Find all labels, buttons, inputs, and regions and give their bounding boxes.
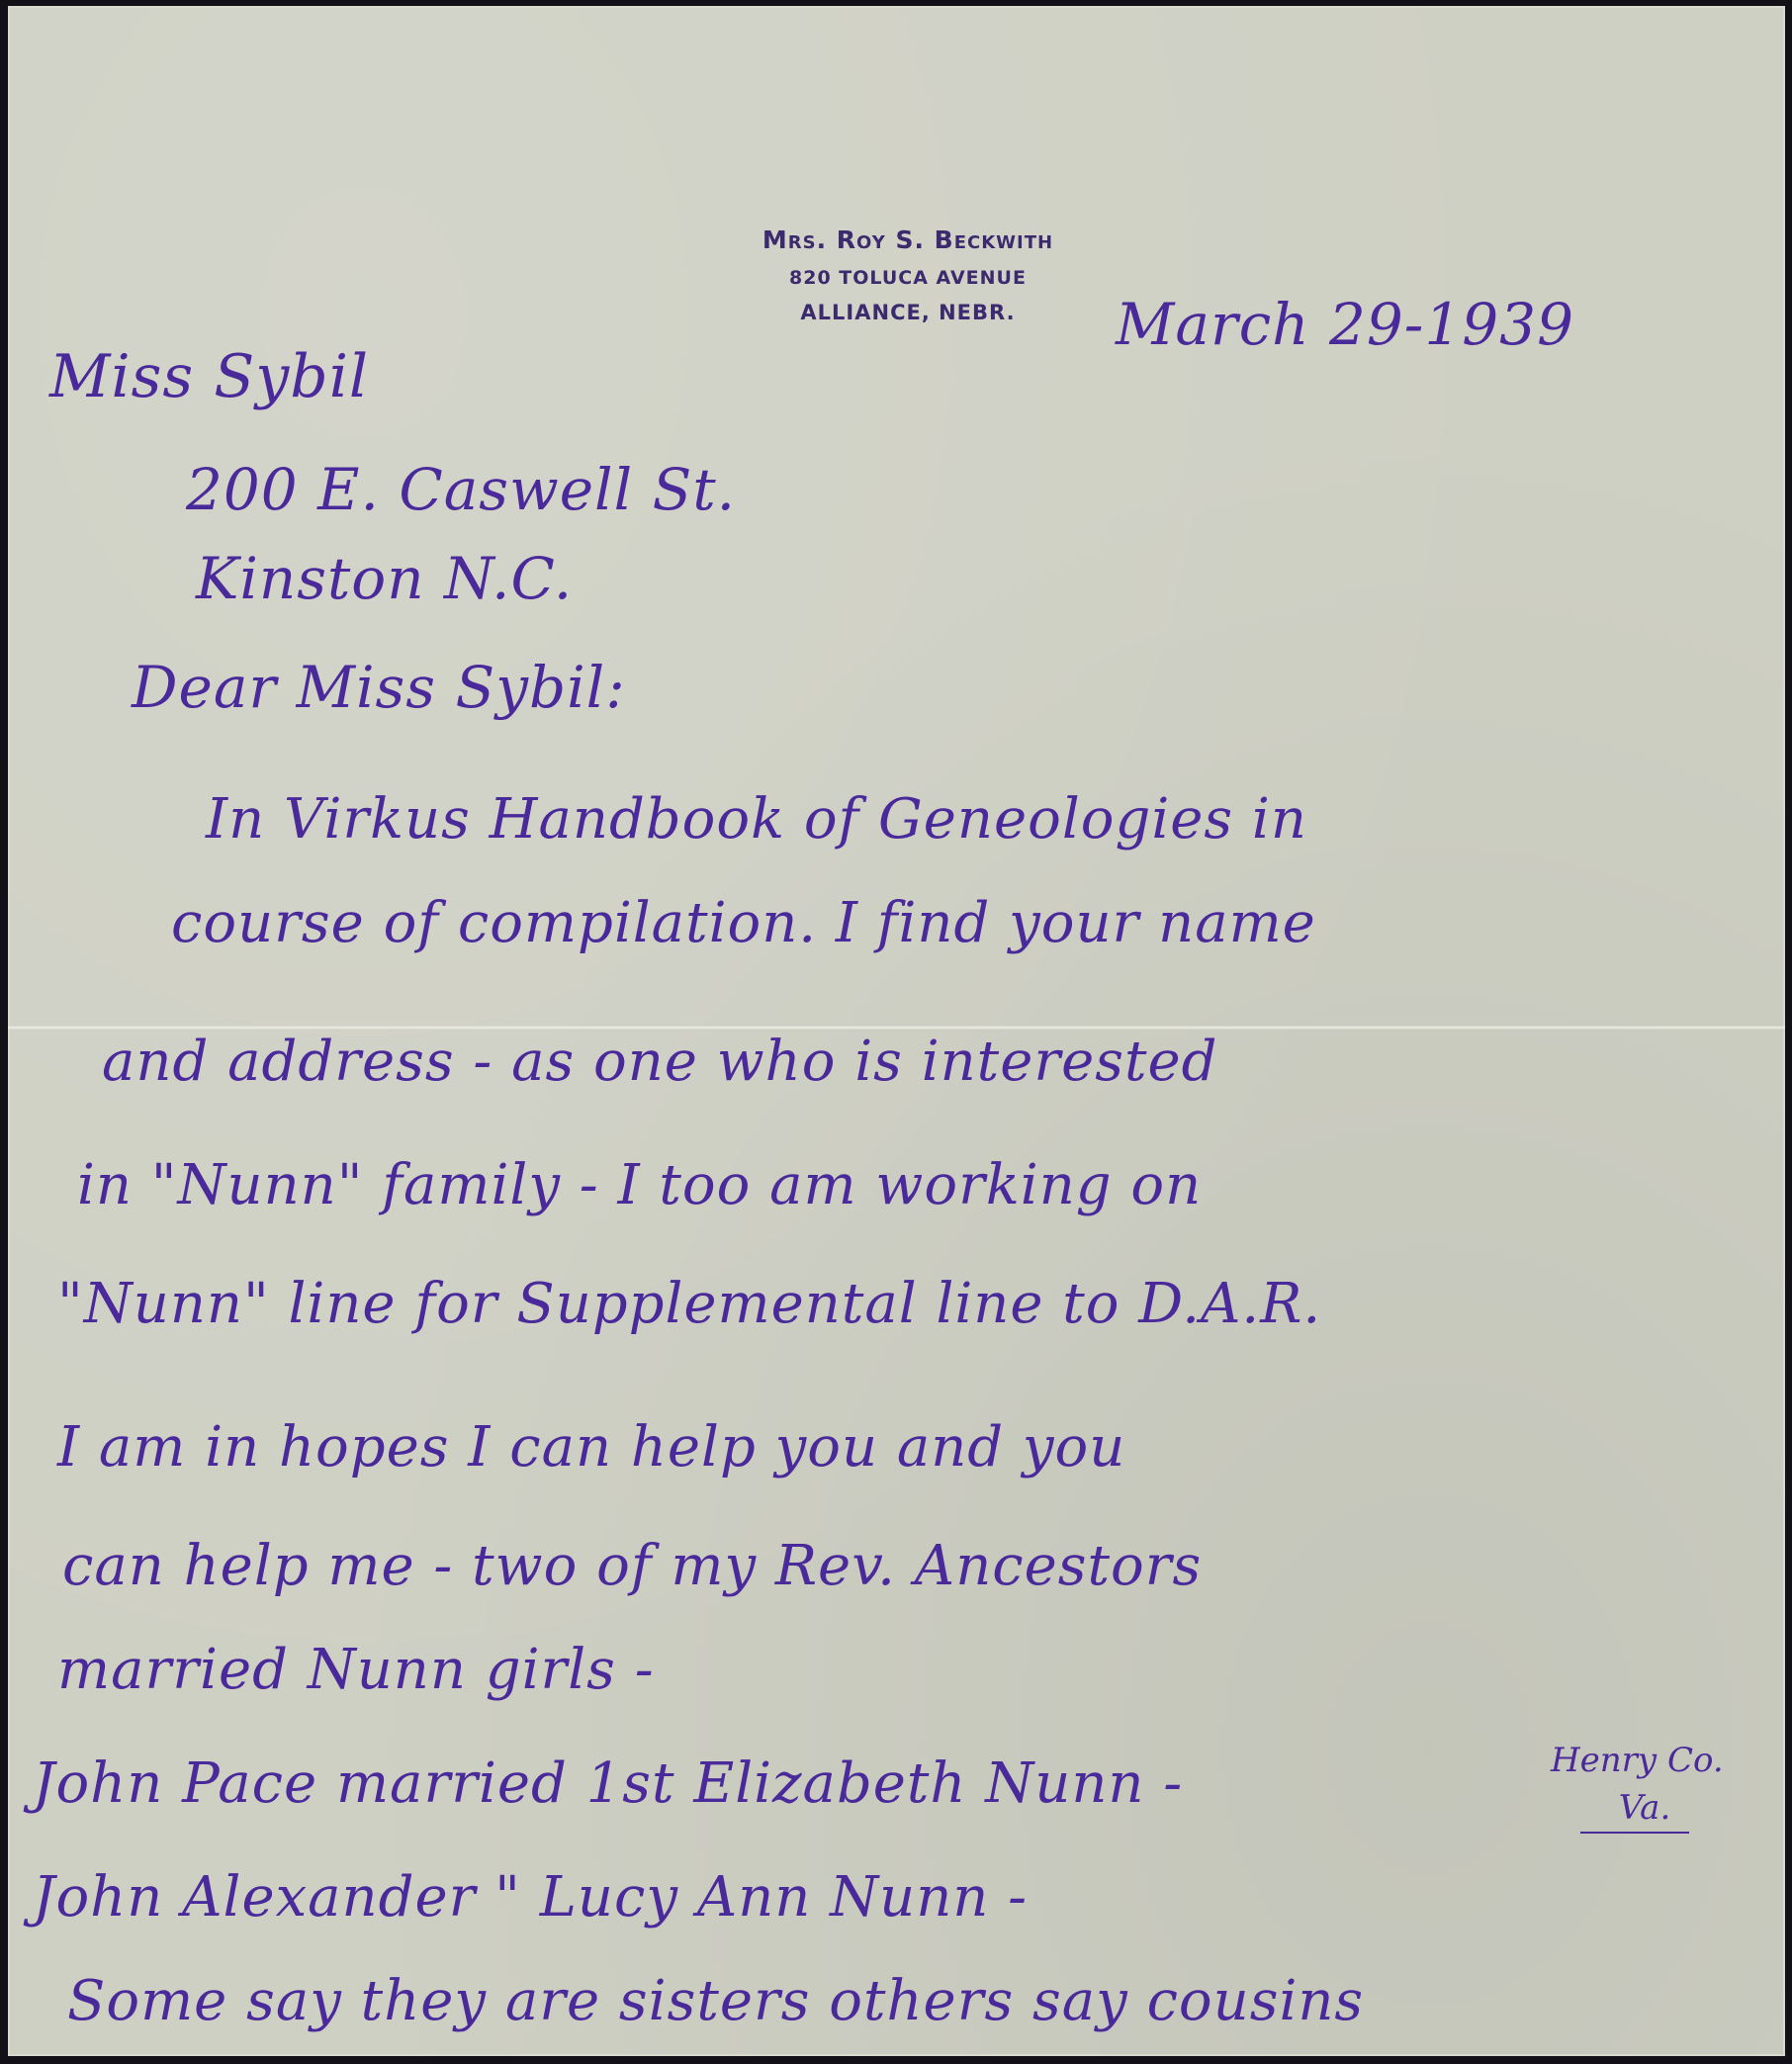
- body-line: and address - as one who is interested: [102, 1030, 1217, 1094]
- letterhead-street: 820 TOLUCA AVENUE: [690, 265, 1125, 291]
- recipient-street: 200 E. Caswell St.: [186, 456, 736, 523]
- body-line: in "Nunn" family - I too am working on: [77, 1153, 1202, 1217]
- letterhead-name: Mrs. Roy S. Beckwith: [690, 225, 1125, 255]
- salutation: Dear Miss Sybil:: [132, 654, 626, 721]
- body-line: John Pace married 1st Elizabeth Nunn -: [33, 1751, 1183, 1816]
- body-line: course of compilation. I find your name: [171, 891, 1316, 955]
- letterhead-city: ALLIANCE, NEBR.: [690, 299, 1125, 326]
- recipient-name: Miss Sybil: [49, 342, 369, 411]
- body-line: "Nunn" line for Supplemental line to D.A…: [57, 1272, 1321, 1336]
- margin-state: Va.: [1580, 1784, 1689, 1834]
- body-line: can help me - two of my Rev. Ancestors: [62, 1534, 1202, 1598]
- margin-annotation: Henry Co. Va.: [1551, 1737, 1724, 1834]
- body-line: Some say they are sisters others say cou…: [67, 1969, 1364, 2033]
- margin-county: Henry Co.: [1551, 1737, 1724, 1784]
- body-line: I am in hopes I can help you and you: [57, 1415, 1125, 1480]
- letterhead: Mrs. Roy S. Beckwith 820 TOLUCA AVENUE A…: [690, 225, 1125, 326]
- letter-date: March 29-1939: [1116, 291, 1574, 358]
- letter-page: Mrs. Roy S. Beckwith 820 TOLUCA AVENUE A…: [8, 6, 1785, 2056]
- body-line: In Virkus Handbook of Geneologies in: [206, 787, 1307, 852]
- body-line: married Nunn girls -: [57, 1638, 655, 1702]
- body-line: John Alexander " Lucy Ann Nunn -: [33, 1865, 1028, 1929]
- recipient-city: Kinston N.C.: [196, 545, 573, 612]
